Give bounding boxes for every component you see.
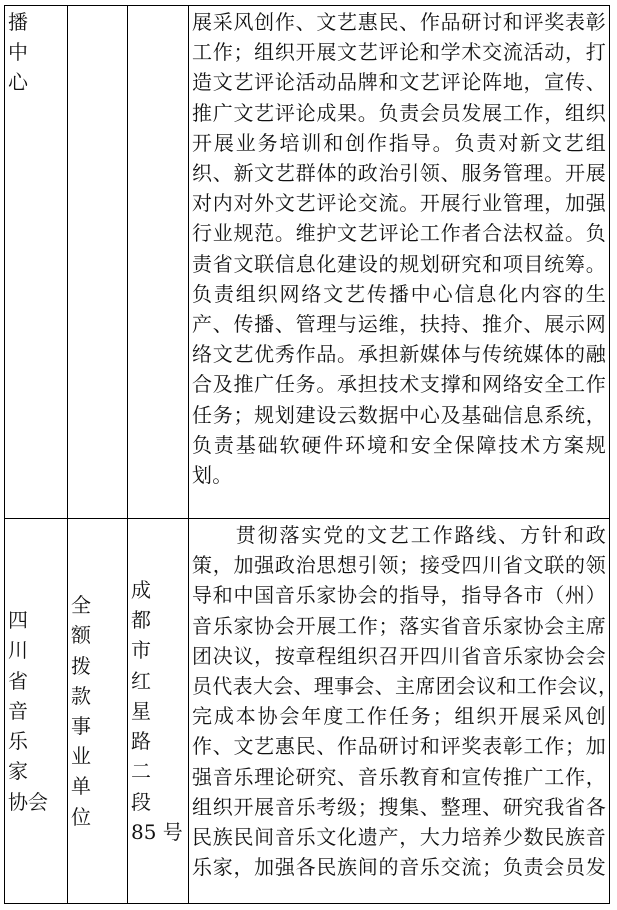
unit-duties-table: 播 中 心 展采风创作、文艺惠民、作品研讨和评奖表彰 工作；组织开展文艺评论和学… — [4, 5, 610, 904]
duty-line: 民族民间音乐文化遗产，大力培养少数民族音 — [192, 822, 606, 852]
duty-line: 负责组织网络文艺传播中心信息化内容的生 — [192, 279, 606, 309]
duty-line: 产、传播、管理与运维，扶持、推介、展示网 — [192, 309, 606, 339]
unit-type-line: 拨 款 — [71, 651, 124, 711]
unit-address-line: 市 红 — [131, 635, 185, 695]
unit-name-line: 心 — [8, 67, 64, 97]
unit-name-line: 协会 — [8, 787, 64, 817]
unit-address-cell: 成 都 市 红 星 路 二 段 85 号 — [128, 519, 189, 904]
unit-duties-cell: 贯彻落实党的文艺工作路线、方针和政 策，加强政治思想引领；接受四川省文联的领 导… — [189, 519, 610, 904]
unit-name-cell: 播 中 心 — [5, 6, 68, 519]
duty-line: 团决议，按章程组织召开四川省音乐家协会会 — [192, 641, 606, 671]
duty-line: 负责基础软硬件环境和安全保障技术方案规 — [192, 430, 606, 460]
duty-line: 合及推广任务。承担技术支撑和网络安全工作 — [192, 369, 606, 399]
duty-line: 任务；规划建设云数据中心及基础信息系统， — [192, 400, 606, 430]
unit-address-line: 成 都 — [131, 575, 185, 635]
unit-name-cell: 四 川 省 音 乐 家 协会 — [5, 519, 68, 904]
duty-line: 组织开展音乐考级；搜集、整理、研究我省各 — [192, 792, 606, 822]
duty-line: 员代表大会、理事会、主席团会议和工作会议， — [192, 671, 606, 701]
duty-line: 贯彻落实党的文艺工作路线、方针和政 — [192, 520, 606, 550]
unit-address-cell — [128, 6, 189, 519]
table-row: 播 中 心 展采风创作、文艺惠民、作品研讨和评奖表彰 工作；组织开展文艺评论和学… — [5, 6, 610, 519]
duty-line: 策，加强政治思想引领；接受四川省文联的领 — [192, 550, 606, 580]
duty-line: 对内对外文艺评论交流。开展行业管理，加强 — [192, 188, 606, 218]
duty-line: 作、文艺惠民、作品研讨和评奖表彰工作；加 — [192, 731, 606, 761]
duty-line: 行业规范。维护文艺评论工作者合法权益。负 — [192, 218, 606, 248]
unit-duties-cell: 展采风创作、文艺惠民、作品研讨和评奖表彰 工作；组织开展文艺评论和学术交流活动，… — [189, 6, 610, 519]
duty-line: 责省文联信息化建设的规划研究和项目统筹。 — [192, 249, 606, 279]
unit-name-line: 乐 家 — [8, 726, 64, 786]
unit-name-line: 省 音 — [8, 666, 64, 726]
table-row: 四 川 省 音 乐 家 协会 全 额 拨 款 事 业 单 位 成 都 市 红 星… — [5, 519, 610, 904]
duty-line: 造文艺评论活动品牌和文艺评论阵地，宣传、 — [192, 67, 606, 97]
unit-address-line: 85 号 — [131, 817, 185, 847]
duty-line: 完成本协会年度工作任务；组织开展采风创 — [192, 701, 606, 731]
unit-address-line: 二 段 — [131, 756, 185, 816]
duty-line: 开展业务培训和创作指导。负责对新文艺组 — [192, 128, 606, 158]
duty-line: 导和中国音乐家协会的指导，指导各市（州） — [192, 580, 606, 610]
unit-type-cell: 全 额 拨 款 事 业 单 位 — [68, 519, 128, 904]
duty-line: 织、新文艺群体的政治引领、服务管理。开展 — [192, 158, 606, 188]
duty-line: 音乐家协会开展工作；落实省音乐家协会主席 — [192, 611, 606, 641]
unit-type-cell — [68, 6, 128, 519]
unit-type-line: 单 位 — [71, 771, 124, 831]
duty-line: 强音乐理论研究、音乐教育和宣传推广工作， — [192, 762, 606, 792]
unit-name-line: 播 中 — [8, 7, 64, 67]
duty-line: 推广文艺评论成果。负责会员发展工作，组织 — [192, 98, 606, 128]
duty-line: 络文艺优秀作品。承担新媒体与传统媒体的融 — [192, 339, 606, 369]
unit-type-line: 事 业 — [71, 711, 124, 771]
duty-line: 工作；组织开展文艺评论和学术交流活动，打 — [192, 37, 606, 67]
duty-line: 展采风创作、文艺惠民、作品研讨和评奖表彰 — [192, 7, 606, 37]
unit-type-line: 全 额 — [71, 590, 124, 650]
duty-line: 乐家，加强各民族间的音乐交流；负责会员发 — [192, 852, 606, 882]
unit-name-line: 四 川 — [8, 605, 64, 665]
unit-address-line: 星 路 — [131, 696, 185, 756]
duty-line: 划。 — [192, 460, 606, 490]
